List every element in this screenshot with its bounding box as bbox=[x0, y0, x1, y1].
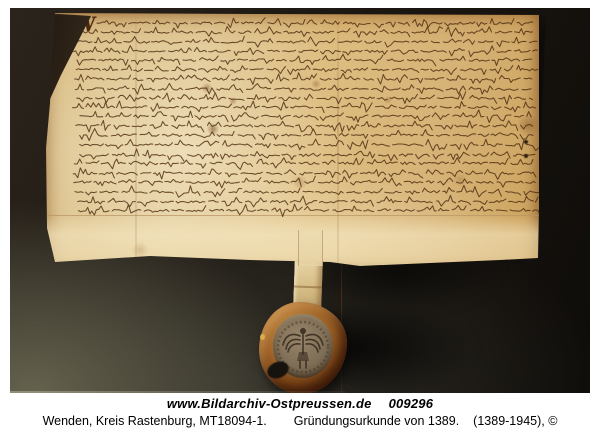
wax-fleck bbox=[260, 334, 265, 340]
seal-tag-strip-upper bbox=[298, 230, 323, 266]
manuscript-text-lines bbox=[45, 13, 539, 268]
ink-spot bbox=[524, 140, 528, 144]
caption-area: www.Bildarchiv-Ostpreussen.de009296 Wend… bbox=[0, 393, 600, 435]
watermark-site-url: www.Bildarchiv-Ostpreussen.de bbox=[167, 396, 372, 411]
ink-spot bbox=[524, 154, 528, 158]
caption-period: (1389-1945), © bbox=[473, 414, 557, 428]
image-number: 009296 bbox=[389, 396, 434, 411]
caption-title: Gründungsurkunde von 1389. bbox=[294, 414, 459, 428]
watermark-line: www.Bildarchiv-Ostpreussen.de009296 bbox=[0, 396, 600, 411]
parchment-document: W bbox=[45, 13, 539, 268]
caption-line: Wenden, Kreis Rastenburg, MT18094-1. Grü… bbox=[0, 414, 600, 428]
archive-image-page: W bbox=[0, 0, 600, 435]
strip-fold bbox=[294, 286, 322, 289]
caption-location: Wenden, Kreis Rastenburg, MT18094-1. bbox=[43, 414, 267, 428]
charter-photo: W bbox=[10, 8, 590, 393]
